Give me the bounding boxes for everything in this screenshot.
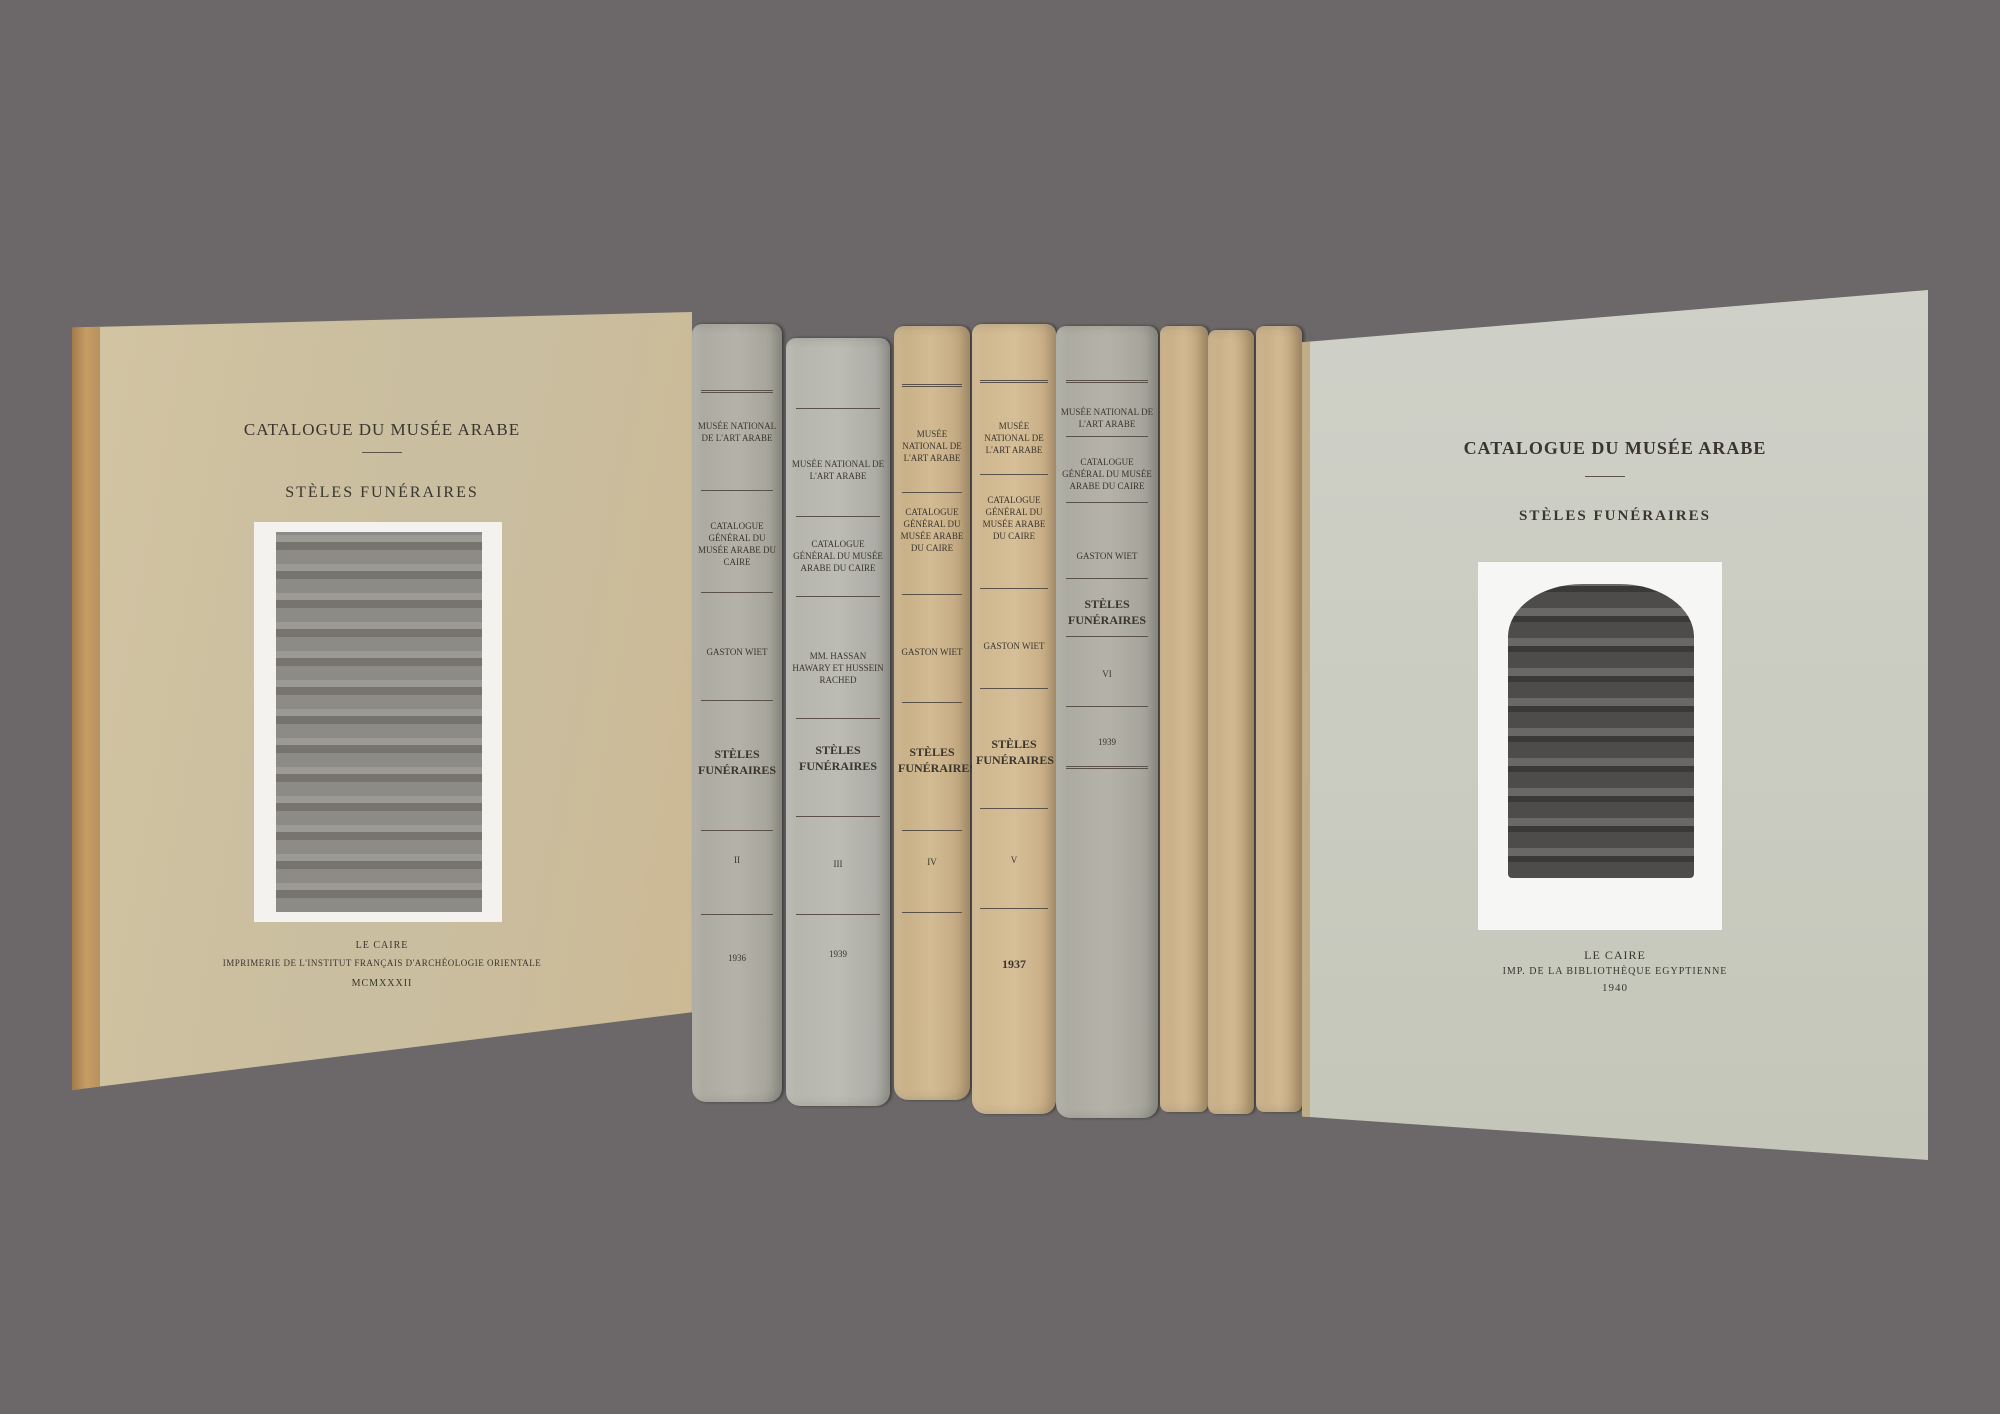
spine-volume: IV — [898, 856, 966, 868]
spine-catalogue: CATALOGUE GÉNÉRAL DU MUSÉE ARABE DU CAIR… — [976, 494, 1052, 543]
left-book-cover: CATALOGUE DU MUSÉE ARABE STÈLES FUNÉRAIR… — [72, 312, 692, 1090]
spine-catalogue: CATALOGUE GÉNÉRAL DU MUSÉE ARABE DU CAIR… — [898, 506, 966, 555]
spine-author: GASTON WIET — [898, 646, 966, 658]
spine-title: STÈLES FUNÉRAIRES — [696, 746, 778, 778]
spine-volume: II — [696, 854, 778, 866]
spine-vol-5: MUSÉE NATIONAL DE L'ART ARABE CATALOGUE … — [972, 324, 1056, 1114]
spine-author: GASTON WIET — [1060, 550, 1154, 562]
book-set-photo: CATALOGUE DU MUSÉE ARABE STÈLES FUNÉRAIR… — [0, 0, 2000, 1414]
right-book-cover: CATALOGUE DU MUSÉE ARABE STÈLES FUNÉRAIR… — [1302, 290, 1928, 1160]
spine-catalogue: CATALOGUE GÉNÉRAL DU MUSÉE ARABE DU CAIR… — [790, 538, 886, 574]
spine-year: 1936 — [696, 952, 778, 964]
right-cover-rule — [1585, 476, 1625, 477]
left-cover-title: CATALOGUE DU MUSÉE ARABE — [72, 420, 692, 440]
spine-museum: MUSÉE NATIONAL DE L'ART ARABE — [898, 428, 966, 464]
spine-museum: MUSÉE NATIONAL DE L'ART ARABE — [790, 458, 886, 482]
right-cover-stele-photo — [1478, 562, 1722, 930]
spine-catalogue: CATALOGUE GÉNÉRAL DU MUSÉE ARABE DU CAIR… — [1060, 456, 1154, 492]
plain-spine-1 — [1160, 326, 1208, 1112]
spine-author: GASTON WIET — [976, 640, 1052, 652]
spine-title: STÈLES FUNÉRAIRES — [1060, 596, 1154, 628]
spine-volume: III — [790, 858, 886, 870]
spine-vol-6: MUSÉE NATIONAL DE L'ART ARABE CATALOGUE … — [1056, 326, 1158, 1118]
left-cover-stele-photo — [254, 522, 502, 922]
stele-image — [276, 532, 482, 912]
spine-title: STÈLES FUNÉRAIRES — [898, 744, 966, 776]
spine-vol-2: MUSÉE NATIONAL DE L'ART ARABE CATALOGUE … — [692, 324, 782, 1102]
spine-vol-3: MUSÉE NATIONAL DE L'ART ARABE CATALOGUE … — [786, 338, 890, 1106]
spine-volume: VI — [1060, 668, 1154, 680]
spine-volume: V — [976, 854, 1052, 866]
spine-museum: MUSÉE NATIONAL DE L'ART ARABE — [976, 420, 1052, 456]
spine-year: 1937 — [976, 956, 1052, 972]
left-cover-year: MCMXXXII — [72, 978, 692, 989]
spine-author: MM. HASSAN HAWARY ET HUSSEIN RACHED — [790, 650, 886, 686]
right-cover-place: LE CAIRE — [1302, 948, 1928, 963]
plain-spine-3 — [1256, 326, 1302, 1112]
right-cover-printer: IMP. DE LA BIBLIOTHÈQUE EGYPTIENNE — [1302, 966, 1928, 977]
spine-year: 1939 — [790, 948, 886, 960]
right-cover-year: 1940 — [1302, 982, 1928, 994]
right-cover-subtitle: STÈLES FUNÉRAIRES — [1302, 508, 1928, 525]
right-cover-title: CATALOGUE DU MUSÉE ARABE — [1302, 438, 1928, 459]
spine-vol-4: MUSÉE NATIONAL DE L'ART ARABE CATALOGUE … — [894, 326, 970, 1100]
left-cover-place: LE CAIRE — [72, 940, 692, 951]
spine-year: 1939 — [1060, 736, 1154, 748]
spine-museum: MUSÉE NATIONAL DE L'ART ARABE — [696, 420, 778, 444]
spine-author: GASTON WIET — [696, 646, 778, 658]
stele-image — [1508, 584, 1694, 878]
spine-title: STÈLES FUNÉRAIRES — [790, 742, 886, 774]
left-cover-rule — [362, 452, 402, 453]
spine-title: STÈLES FUNÉRAIRES — [976, 736, 1052, 768]
left-cover-subtitle: STÈLES FUNÉRAIRES — [72, 484, 692, 502]
right-book-edge — [1302, 290, 1310, 1160]
plain-spine-2 — [1208, 330, 1254, 1114]
spine-museum: MUSÉE NATIONAL DE L'ART ARABE — [1060, 406, 1154, 430]
spine-catalogue: CATALOGUE GÉNÉRAL DU MUSÉE ARABE DU CAIR… — [696, 520, 778, 569]
left-cover-printer: IMPRIMERIE DE L'INSTITUT FRANÇAIS D'ARCH… — [72, 958, 692, 968]
